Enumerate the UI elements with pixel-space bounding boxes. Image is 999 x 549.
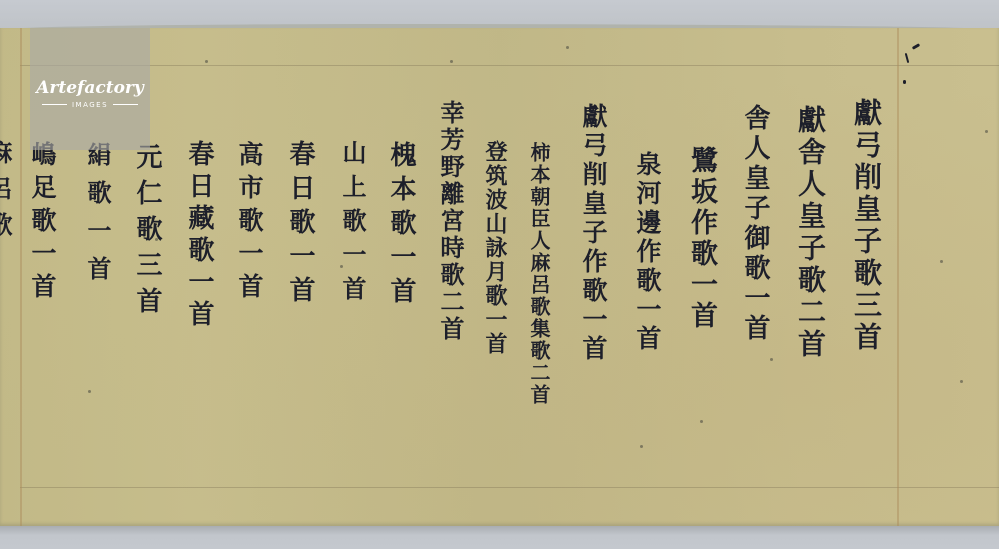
artefactory-watermark: Artefactory IMAGES bbox=[30, 28, 150, 150]
paper-speck bbox=[566, 46, 569, 49]
watermark-rule-right bbox=[113, 104, 138, 105]
paper-speck bbox=[940, 260, 943, 263]
text-column-5: 泉河邊作歌一首 bbox=[635, 151, 660, 354]
watermark-subtitle: IMAGES bbox=[72, 101, 108, 109]
text-column-4: 鷺坂作歌一首 bbox=[688, 146, 715, 332]
paper-speck bbox=[88, 390, 91, 393]
paper-speck bbox=[700, 420, 703, 423]
top-ruled-line bbox=[20, 65, 999, 66]
text-column-18-partial: 麻呂歌 bbox=[0, 140, 10, 248]
text-column-10: 槐本歌一首 bbox=[388, 141, 414, 311]
paper-speck bbox=[960, 380, 963, 383]
text-column-6: 獻弓削皇子作歌一首 bbox=[581, 103, 606, 364]
text-column-13: 高市歌一首 bbox=[237, 141, 262, 306]
watermark-title: Artefactory bbox=[36, 78, 144, 98]
text-column-12: 春日歌一首 bbox=[287, 140, 313, 310]
paper-seam-right bbox=[897, 28, 899, 526]
text-column-16: 絹歌一首 bbox=[85, 142, 109, 294]
text-column-3: 舎人皇子御歌一首 bbox=[742, 104, 768, 344]
text-column-2: 獻舎人皇子歌二首 bbox=[796, 105, 824, 361]
watermark-subtitle-row: IMAGES bbox=[42, 101, 138, 109]
text-column-1: 獻弓削皇子歌三首 bbox=[852, 98, 880, 354]
paper-speck bbox=[450, 60, 453, 63]
paper-seam-left bbox=[20, 28, 22, 526]
paper-speck bbox=[640, 445, 643, 448]
text-column-7: 柿本朝臣人麻呂歌集歌二首 bbox=[529, 142, 549, 406]
text-column-9: 幸芳野離宮時歌二首 bbox=[438, 100, 462, 343]
text-column-8: 登筑波山詠月歌一首 bbox=[484, 140, 506, 356]
paper-speck bbox=[770, 358, 773, 361]
watermark-rule-left bbox=[42, 104, 67, 105]
text-column-14: 春日藏歌一首 bbox=[186, 140, 212, 332]
paper-speck bbox=[205, 60, 208, 63]
backdrop-bottom bbox=[0, 526, 999, 549]
paper-speck bbox=[985, 130, 988, 133]
bottom-ruled-line bbox=[20, 487, 999, 488]
text-column-17: 嶋足歌一首 bbox=[30, 141, 55, 306]
text-column-11: 山上歌一首 bbox=[340, 140, 364, 310]
text-column-15: 元仁歌三首 bbox=[134, 143, 160, 323]
ink-mark bbox=[903, 80, 906, 84]
